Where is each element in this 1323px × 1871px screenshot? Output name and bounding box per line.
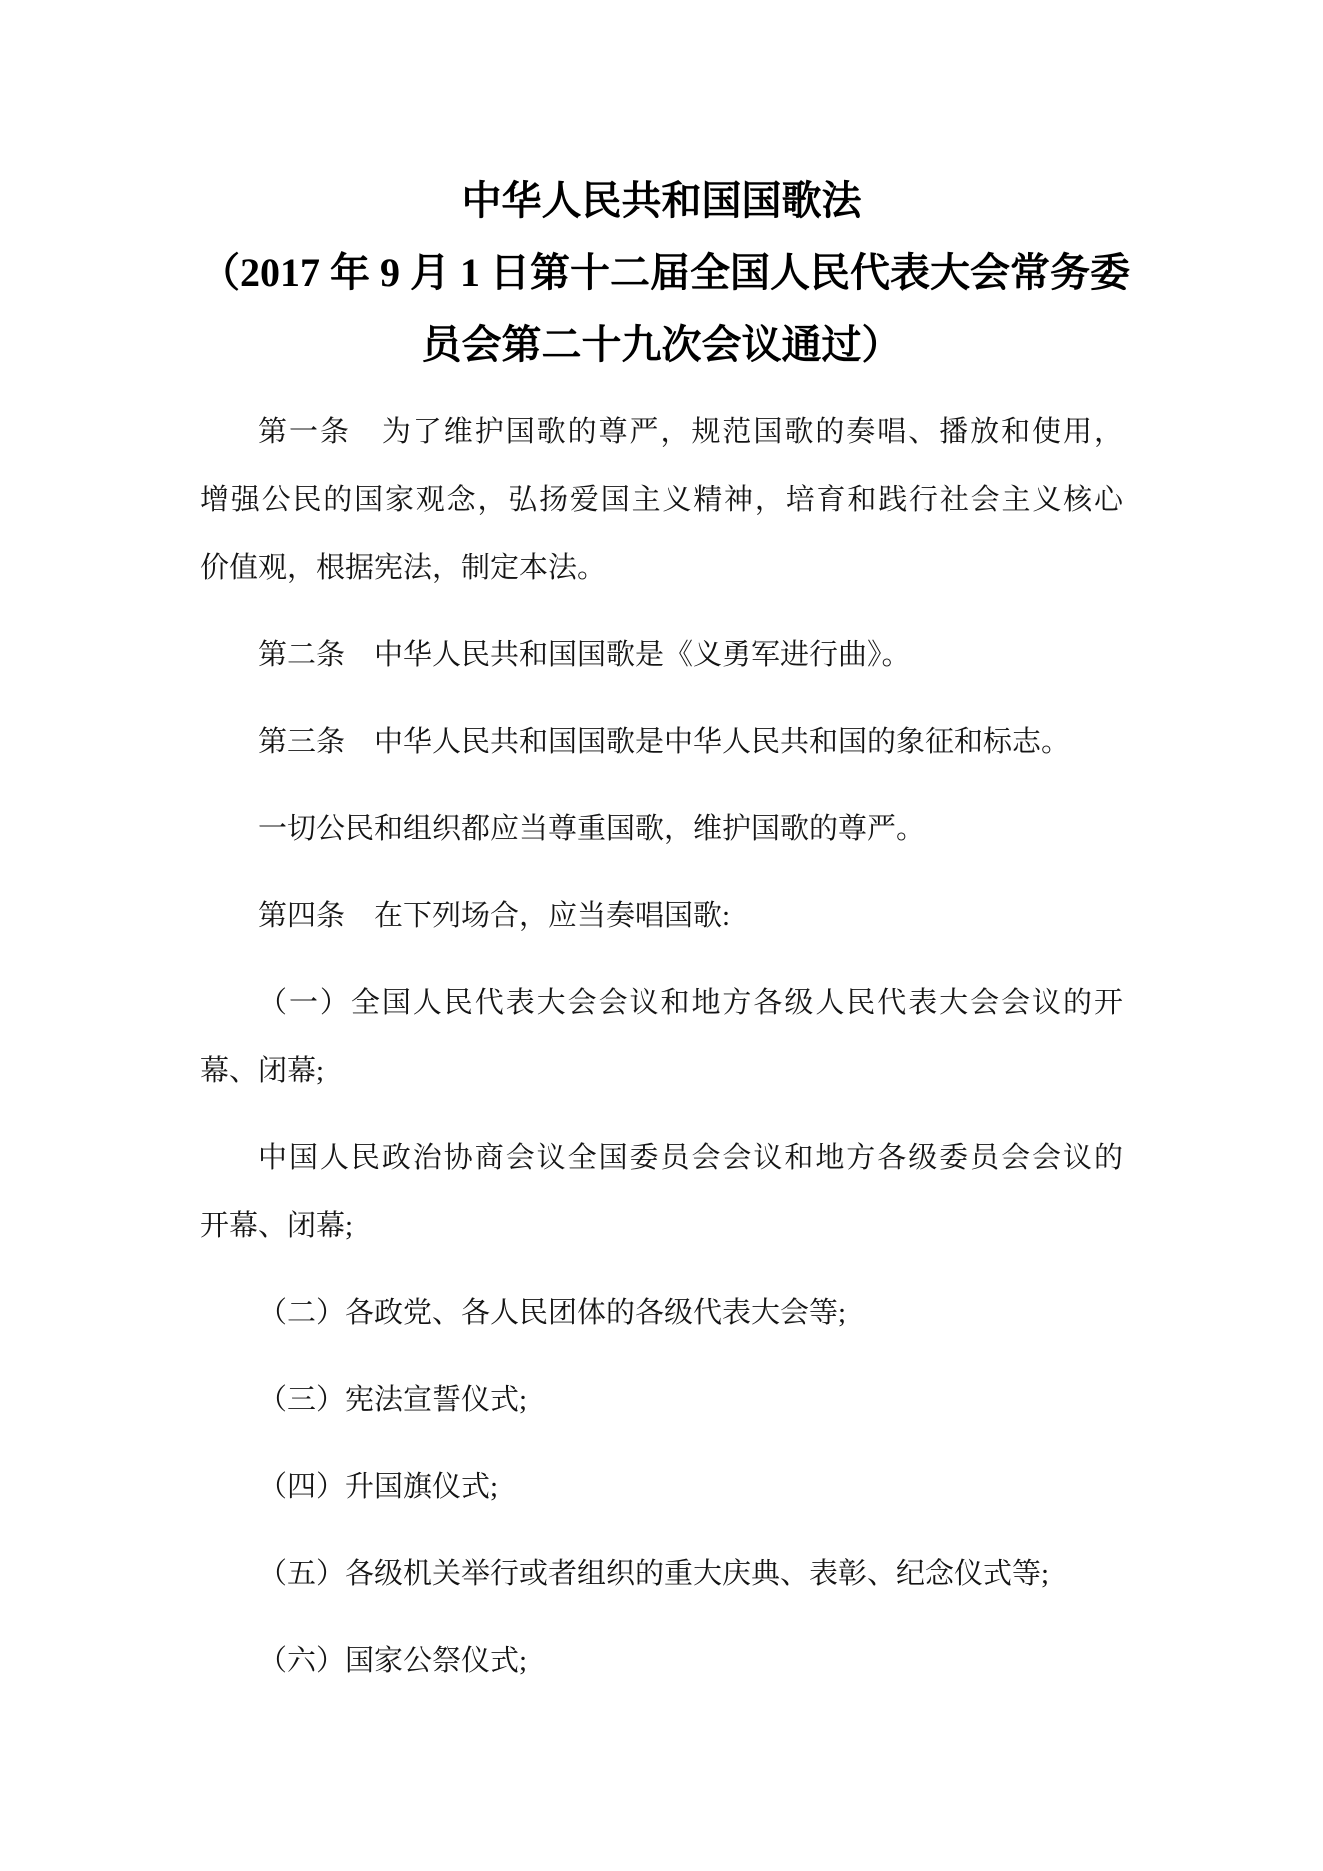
paragraph-item-5: （五）各级机关举行或者组织的重大庆典、表彰、纪念仪式等; (200, 1540, 1123, 1608)
text-line: （二）各政党、各人民团体的各级代表大会等; (200, 1279, 1123, 1347)
paragraph-article-1: 第一条 为了维护国歌的尊严，规范国歌的奏唱、播放和使用， 增强公民的国家观念，弘… (200, 398, 1123, 602)
paragraph-article-2: 第二条 中华人民共和国国歌是《义勇军进行曲》。 (200, 621, 1123, 689)
text-line: 第三条 中华人民共和国国歌是中华人民共和国的象征和标志。 (200, 708, 1123, 776)
title-line-adoption-2: 员会第二十九次会议通过） (200, 309, 1123, 381)
text-line: （四）升国旗仪式; (200, 1453, 1123, 1521)
paragraph-item-3: （三）宪法宣誓仪式; (200, 1366, 1123, 1434)
paragraph-item-6: （六）国家公祭仪式; (200, 1627, 1123, 1695)
text-line: （三）宪法宣誓仪式; (200, 1366, 1123, 1434)
paragraph-article-4: 第四条 在下列场合，应当奏唱国歌: (200, 882, 1123, 950)
text-line: 开幕、闭幕; (200, 1192, 1123, 1260)
document-body: 第一条 为了维护国歌的尊严，规范国歌的奏唱、播放和使用， 增强公民的国家观念，弘… (200, 398, 1123, 1695)
text-line: （五）各级机关举行或者组织的重大庆典、表彰、纪念仪式等; (200, 1540, 1123, 1608)
text-line: （六）国家公祭仪式; (200, 1627, 1123, 1695)
text-line: 第一条 为了维护国歌的尊严，规范国歌的奏唱、播放和使用， (200, 398, 1123, 466)
document-page: 中华人民共和国国歌法 （2017 年 9 月 1 日第十二届全国人民代表大会常务… (0, 0, 1323, 1871)
document-title: 中华人民共和国国歌法 （2017 年 9 月 1 日第十二届全国人民代表大会常务… (200, 165, 1123, 381)
paragraph-article-3-continued: 一切公民和组织都应当尊重国歌，维护国歌的尊严。 (200, 795, 1123, 863)
paragraph-item-4: （四）升国旗仪式; (200, 1453, 1123, 1521)
paragraph-item-2: （二）各政党、各人民团体的各级代表大会等; (200, 1279, 1123, 1347)
text-line: 第二条 中华人民共和国国歌是《义勇军进行曲》。 (200, 621, 1123, 689)
paragraph-item-1: （一）全国人民代表大会会议和地方各级人民代表大会会议的开 幕、闭幕; (200, 969, 1123, 1105)
paragraph-article-3: 第三条 中华人民共和国国歌是中华人民共和国的象征和标志。 (200, 708, 1123, 776)
text-line: 幕、闭幕; (200, 1037, 1123, 1105)
text-line: 增强公民的国家观念，弘扬爱国主义精神，培育和践行社会主义核心 (200, 466, 1123, 534)
paragraph-item-1-cppcc: 中国人民政治协商会议全国委员会会议和地方各级委员会会议的 开幕、闭幕; (200, 1124, 1123, 1260)
text-line: 中国人民政治协商会议全国委员会会议和地方各级委员会会议的 (200, 1124, 1123, 1192)
title-line-adoption-1: （2017 年 9 月 1 日第十二届全国人民代表大会常务委 (200, 237, 1123, 309)
title-line-main: 中华人民共和国国歌法 (200, 165, 1123, 237)
text-line: （一）全国人民代表大会会议和地方各级人民代表大会会议的开 (200, 969, 1123, 1037)
text-line: 价值观，根据宪法，制定本法。 (200, 534, 1123, 602)
text-line: 第四条 在下列场合，应当奏唱国歌: (200, 882, 1123, 950)
text-line: 一切公民和组织都应当尊重国歌，维护国歌的尊严。 (200, 795, 1123, 863)
